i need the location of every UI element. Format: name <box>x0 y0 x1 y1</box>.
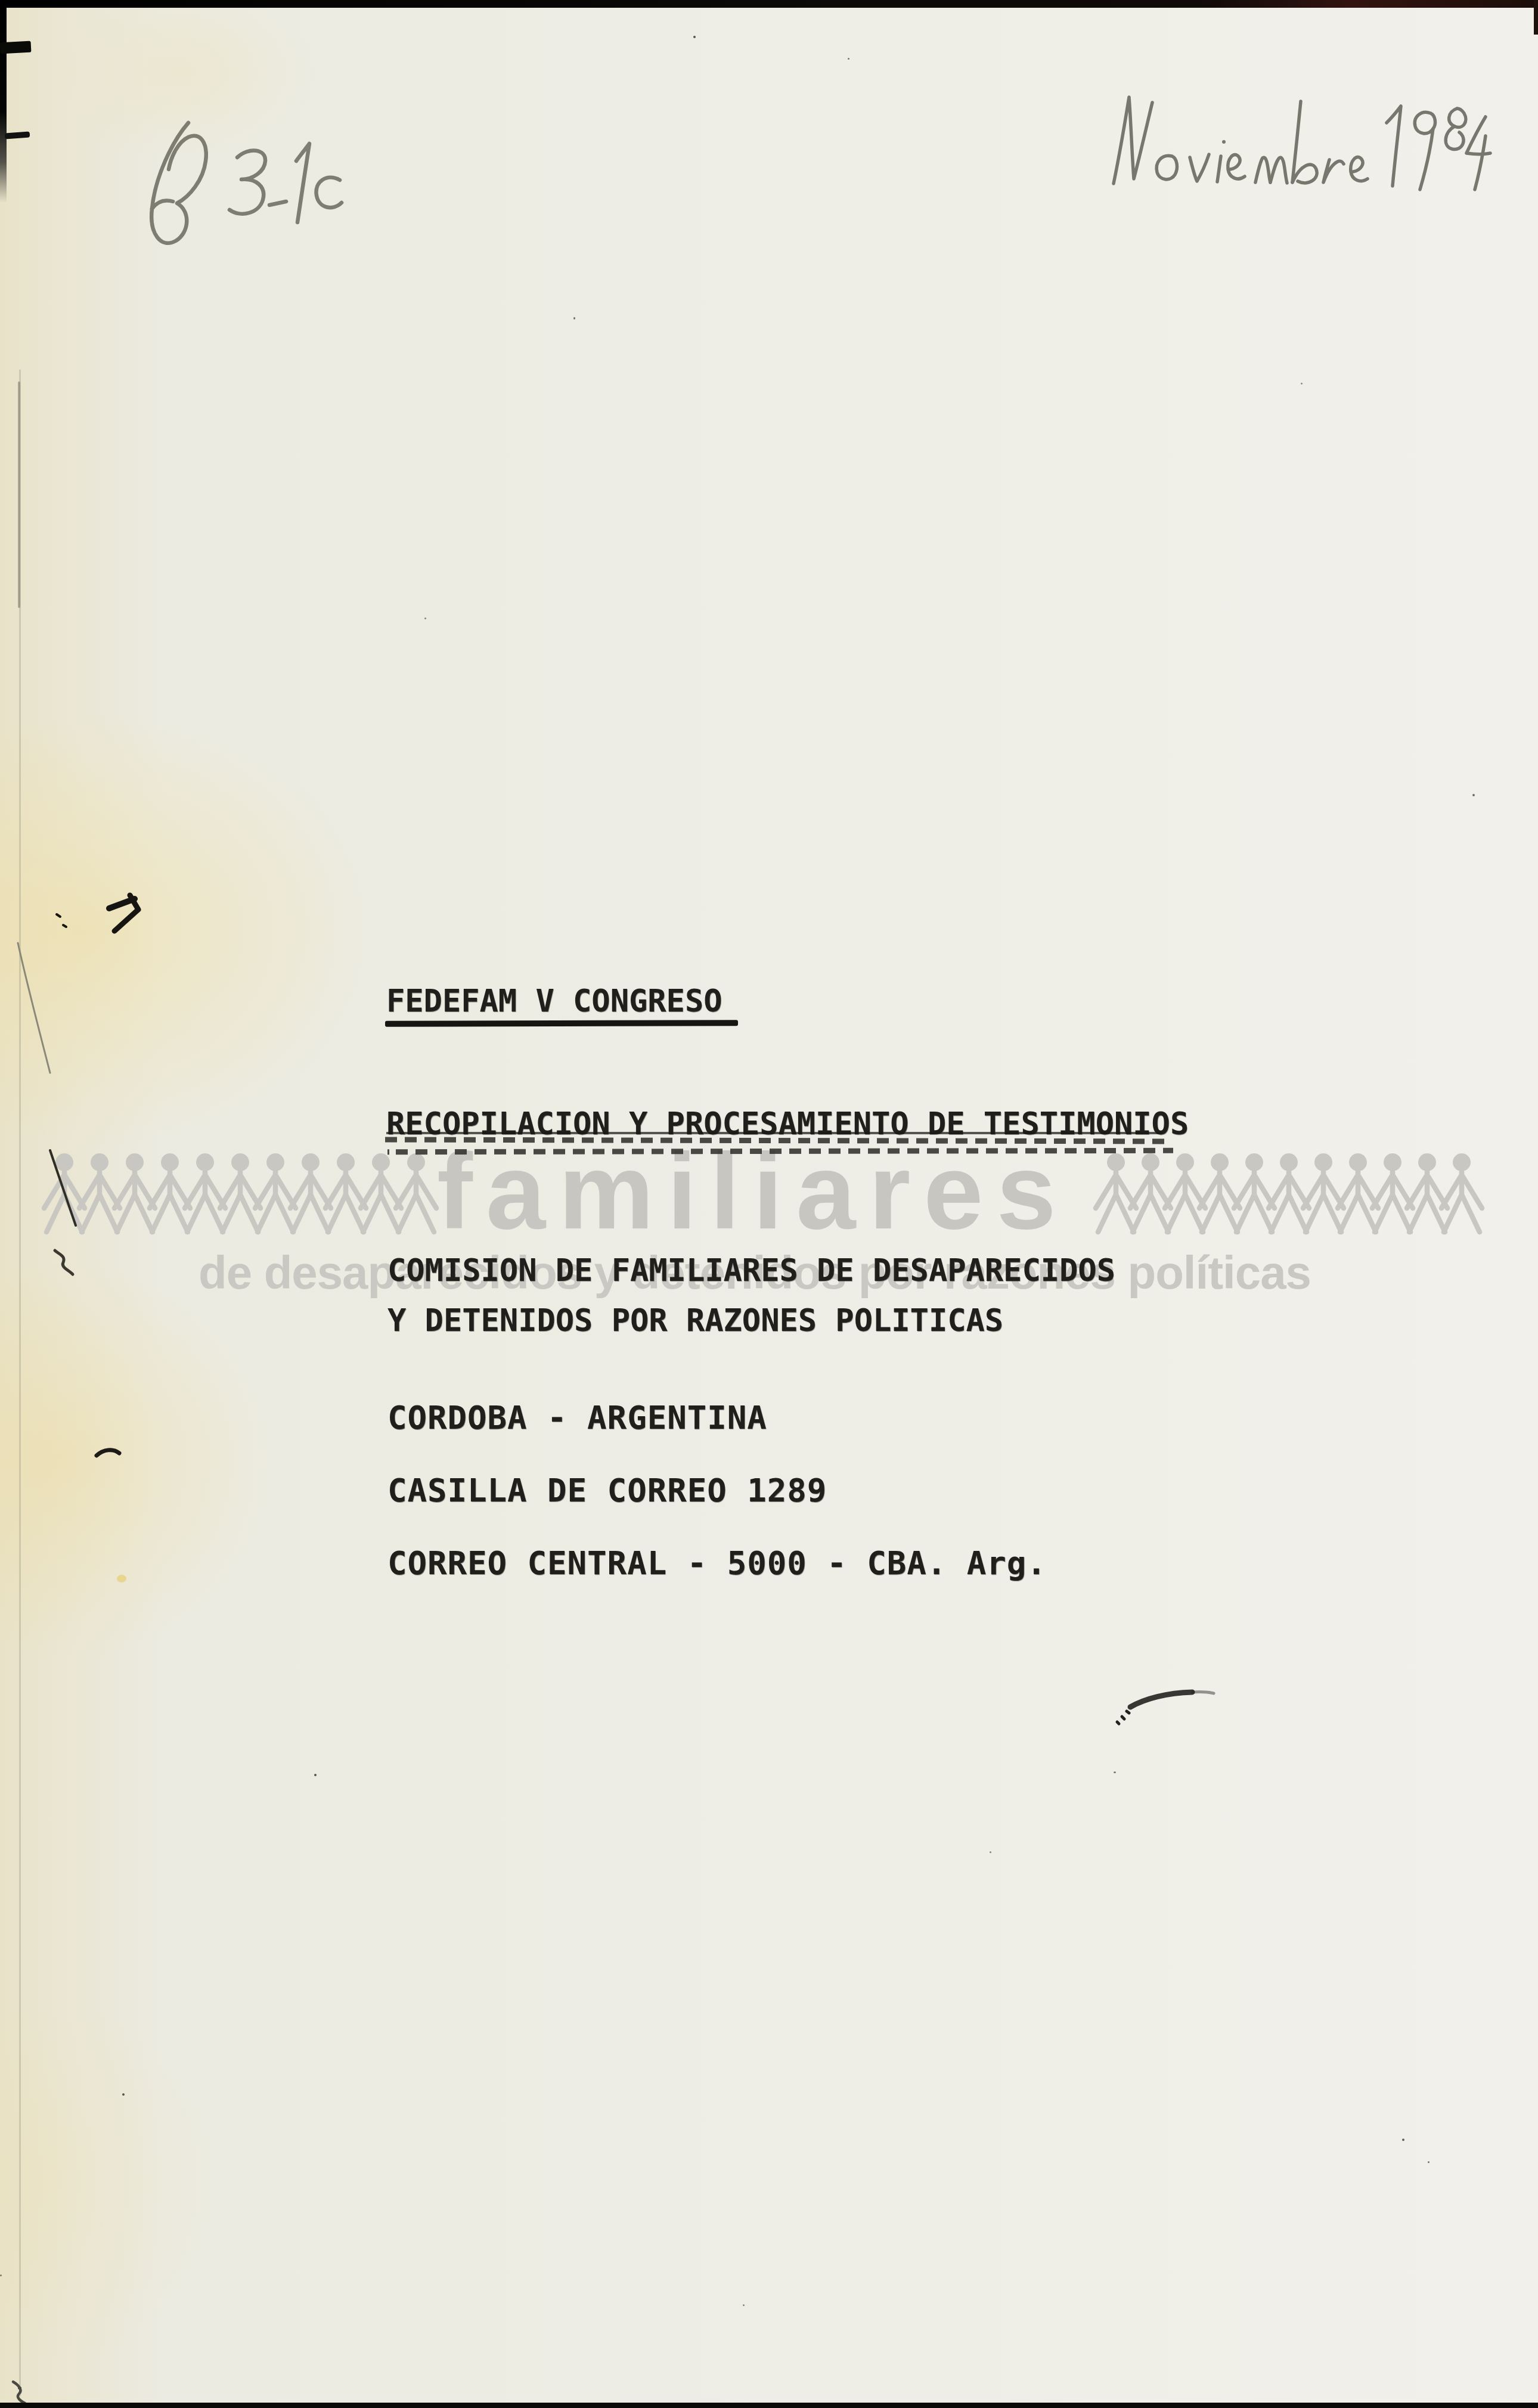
paper-speck <box>314 1774 317 1776</box>
paper-speck <box>573 317 575 319</box>
paper-speck <box>1114 1771 1116 1773</box>
scan-edge-left <box>0 0 7 203</box>
document-subtitle: RECOPILACION Y PROCESAMIENTO DE TESTIMON… <box>386 1109 1189 1140</box>
title-underline <box>385 1020 738 1027</box>
paper-speck <box>693 36 696 38</box>
handwritten-code <box>151 123 342 243</box>
scanned-document-page: familiares de desaparecidos y detenidos … <box>0 0 1538 2408</box>
paper-speck <box>122 2093 125 2096</box>
paper-speck <box>18 2387 21 2390</box>
scan-edge-right-nick <box>1534 0 1538 35</box>
paper-speck <box>1428 2161 1430 2163</box>
address-line-city: CORDOBA - ARGENTINA <box>387 1402 767 1434</box>
people-chain-left <box>44 1153 436 1232</box>
paper-speck <box>1301 383 1303 384</box>
handwritten-date <box>1114 97 1490 190</box>
org-name-line-1: COMISION DE FAMILIARES DE DESAPARECIDOS <box>387 1255 1115 1286</box>
paper-speck <box>424 617 426 619</box>
people-chain-right <box>1096 1153 1482 1232</box>
paper-edge-shadow-dark <box>18 381 20 608</box>
org-name-line-2: Y DETENIDOS POR RAZONES POLITICAS <box>387 1305 1003 1336</box>
paper-speck <box>1472 794 1475 796</box>
scan-edge-top <box>0 0 1538 8</box>
paper-edge-shadow <box>19 370 21 2396</box>
ink-smudge <box>1117 1692 1214 1724</box>
paper-speck <box>848 58 849 60</box>
scan-edge-bottom <box>0 2403 1538 2408</box>
scan-edge-left-blob <box>0 41 31 54</box>
paper-speck <box>990 1851 991 1853</box>
subtitle-underline <box>386 1132 1162 1134</box>
paper-speck <box>1402 2139 1404 2141</box>
ink-arrow-mark <box>57 895 138 931</box>
address-line-postal: CORREO CENTRAL - 5000 - CBA. Arg. <box>387 1547 1047 1580</box>
paper-speck <box>0 2274 2 2276</box>
yellow-spot <box>117 1575 126 1582</box>
document-title: FEDEFAM V CONGRESO <box>386 986 723 1017</box>
scan-edge-left-tick <box>5 132 30 139</box>
paper-speck <box>743 2304 745 2306</box>
address-line-po-box: CASILLA DE CORREO 1289 <box>387 1475 827 1507</box>
